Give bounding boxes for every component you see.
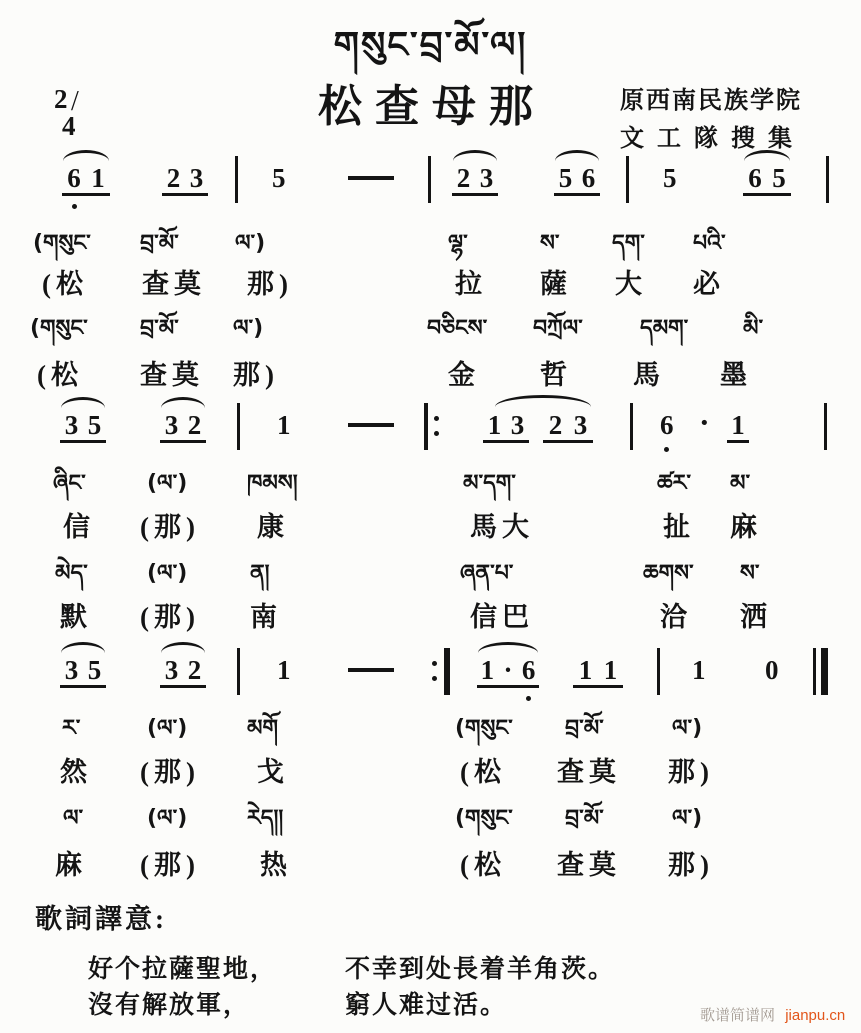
song-title: 松查母那 [312, 70, 552, 134]
note-group: 65 [743, 163, 791, 197]
jianpu-digit: 2 [183, 655, 206, 685]
dash-line [348, 176, 394, 180]
music-line-1: 612352356565 [0, 163, 861, 225]
note-group: 23 [543, 410, 593, 444]
watermark-site-url: jianpu.cn [785, 1007, 845, 1024]
chinese-lyrics-row-1: (松查莫那)拉薩大必 [0, 262, 861, 302]
chinese-syllable: 薩 [540, 262, 572, 301]
repeat-end-barline [432, 648, 450, 695]
jianpu-digit: 5 [767, 163, 791, 193]
note: 5 [663, 163, 677, 197]
time-signature: 2 / 4 [54, 84, 100, 142]
dash-line [348, 423, 394, 427]
jianpu-digit: 6 [577, 163, 600, 193]
slur-arc [161, 642, 205, 653]
jianpu-digit: · [498, 655, 519, 685]
jianpu-digit: 2 [452, 163, 475, 193]
translation-line-3: 不幸到处長着羊角茨。 [345, 952, 615, 988]
jianpu-digit: 2 [543, 410, 568, 440]
chinese-syllable: 洽 [660, 595, 692, 634]
collector-credit: 原西南民族学院 文工隊搜集 [620, 80, 860, 153]
dash-line [348, 668, 394, 672]
jianpu-digit: 3 [185, 163, 208, 193]
jianpu-digit: 6 [743, 163, 767, 193]
barline [826, 156, 829, 203]
chinese-syllable: 麻 [730, 505, 762, 544]
augmentation-dot: · [699, 407, 710, 441]
chinese-syllable: 必 [693, 262, 725, 301]
barline [235, 156, 238, 203]
jianpu-digit: 3 [60, 410, 83, 440]
note-group: 56 [554, 163, 600, 197]
chinese-syllable: (松 [42, 262, 88, 301]
chinese-syllable: 洒 [740, 595, 772, 634]
chinese-syllable: (那) [140, 595, 200, 634]
note: 1 [277, 410, 291, 444]
chinese-syllable: 那) [668, 750, 714, 789]
note-group: 32 [160, 655, 206, 689]
translation-line-1: 好个拉薩聖地， [88, 952, 277, 988]
chinese-lyrics-row-2: (松查莫那)金哲馬墨 [0, 353, 861, 393]
final-barline [813, 648, 828, 695]
note-group: 1·6 [477, 655, 539, 689]
jianpu-digit: 3 [475, 163, 498, 193]
tibetan-lyrics-row-1: (གསུང་བྲ་མོ་ལ་)ལྷ་ས་དག་པའི་ [0, 218, 861, 258]
jianpu-digit: 1 [598, 655, 623, 685]
slur-arc [161, 397, 205, 408]
tibetan-lyrics-row-4: མེད་(ལ་)ན།ཞན་པ་ཆགས་ས་ [0, 548, 861, 588]
chinese-syllable: (松 [460, 843, 506, 882]
barline [657, 648, 660, 695]
note-group: 11 [573, 655, 623, 689]
translation-heading: 歌詞譯意: [35, 897, 167, 936]
chinese-syllable: (那) [140, 843, 200, 882]
chinese-syllable: 哲 [540, 353, 572, 392]
note: 6 [660, 410, 674, 444]
repeat-start-barline [424, 403, 440, 450]
jianpu-digit: 3 [60, 655, 83, 685]
jianpu-digit: 3 [160, 655, 183, 685]
credit-line-2: 文工隊搜集 [620, 118, 860, 153]
jianpu-digit: 5 [83, 410, 106, 440]
chinese-syllable: 查莫 [142, 262, 206, 301]
note-group: 61 [62, 163, 110, 197]
chinese-syllable: 戈 [257, 750, 289, 789]
translation-line-4: 窮人难过活。 [345, 988, 615, 1024]
tibetan-lyrics-row-3: ཞིང་(ལ་)ཁམས།མ་དག་ཚར་མ་ [0, 458, 861, 498]
chinese-syllable: (那) [140, 750, 200, 789]
slur-arc [63, 150, 109, 161]
barline [626, 156, 629, 203]
jianpu-digit: 6 [62, 163, 86, 193]
jianpu-digit: 2 [183, 410, 206, 440]
chinese-syllable: 查莫 [557, 843, 621, 882]
chinese-lyrics-row-3: 信(那)康馬大扯麻 [0, 505, 861, 545]
translation-line-2: 沒有解放軍， [88, 988, 277, 1024]
chinese-syllable: 麻 [55, 843, 87, 882]
chinese-syllable: 康 [257, 505, 289, 544]
chinese-syllable: 那) [668, 843, 714, 882]
slur-arc [61, 397, 105, 408]
barline [824, 403, 827, 450]
chinese-syllable: 那) [233, 353, 279, 392]
chinese-syllable: 查莫 [557, 750, 621, 789]
note-group: 23 [162, 163, 208, 197]
note-group: 23 [452, 163, 498, 197]
chinese-syllable: 然 [60, 750, 92, 789]
tibetan-lyrics-row-5: ར་(ལ་)མགོ(གསུང་བྲ་མོ་ལ་) [0, 703, 861, 743]
slur-arc [61, 642, 105, 653]
watermark: 歌谱简谱网 jianpu.cn [700, 1004, 845, 1025]
chinese-syllable: (松 [460, 750, 506, 789]
chinese-syllable: (那) [140, 505, 200, 544]
barline [630, 403, 633, 450]
chinese-lyrics-row-6: 麻(那)热(松查莫那) [0, 843, 861, 883]
slur-arc [495, 395, 591, 407]
translation-column-2: 不幸到处長着羊角茨。 窮人难过活。 [345, 952, 615, 1024]
translation-column-1: 好个拉薩聖地， 沒有解放軍， [88, 952, 277, 1024]
sheet-music-page: གསུང་བྲ་མོ་ལ། 2 / 4 松查母那 原西南民族学院 文工隊搜集 6… [0, 0, 861, 1033]
jianpu-digit: 3 [568, 410, 593, 440]
tibetan-lyrics-row-6: ལ་(ལ་)རེད།།(གསུང་བྲ་མོ་ལ་) [0, 793, 861, 833]
chinese-syllable: 查莫 [140, 353, 204, 392]
jianpu-digit: 1 [727, 410, 749, 440]
chinese-syllable: 拉 [455, 262, 487, 301]
chinese-syllable: 馬大 [470, 505, 534, 544]
note-group: 35 [60, 655, 106, 689]
chinese-syllable: 信 [63, 505, 95, 544]
chinese-lyrics-row-4: 默(那)南信巴洽洒 [0, 595, 861, 635]
slur-arc [453, 150, 497, 161]
jianpu-digit: 1 [573, 655, 598, 685]
note: 5 [272, 163, 286, 197]
chinese-syllable: (松 [37, 353, 83, 392]
jianpu-digit: 1 [483, 410, 506, 440]
jianpu-digit: 3 [506, 410, 529, 440]
time-signature-denominator: 4 [62, 111, 76, 142]
note: 1 [277, 655, 291, 689]
chinese-syllable: 馬 [633, 353, 665, 392]
note-group: 35 [60, 410, 106, 444]
credit-line-1: 原西南民族学院 [620, 80, 860, 115]
chinese-syllable: 那) [247, 262, 293, 301]
chinese-syllable: 金 [448, 353, 480, 392]
jianpu-digit: 5 [554, 163, 577, 193]
chinese-syllable: 热 [260, 843, 292, 882]
chinese-syllable: 南 [250, 595, 282, 634]
chinese-syllable: 扯 [663, 505, 695, 544]
note: 0 [765, 655, 779, 689]
jianpu-digit: 1 [477, 655, 498, 685]
chinese-syllable: 信巴 [470, 595, 534, 634]
barline [428, 156, 431, 203]
chinese-syllable: 墨 [720, 353, 752, 392]
note-group: 13 [483, 410, 529, 444]
jianpu-digit: 6 [518, 655, 539, 685]
jianpu-digit: 3 [160, 410, 183, 440]
chinese-syllable: 默 [60, 595, 92, 634]
slur-arc [555, 150, 599, 161]
barline [237, 648, 240, 695]
tibetan-lyrics-row-2: (གསུང་བྲ་མོ་ལ་)བཅིངས་བཀྲོལ་དམག་མི་ [0, 303, 861, 343]
chinese-lyrics-row-5: 然(那)戈(松查莫那) [0, 750, 861, 790]
jianpu-digit: 2 [162, 163, 185, 193]
chinese-syllable: 大 [615, 262, 647, 301]
jianpu-digit: 5 [83, 655, 106, 685]
note: 1 [692, 655, 706, 689]
note-group: 32 [160, 410, 206, 444]
note-group: 1 [727, 410, 749, 444]
slur-arc [478, 642, 538, 653]
barline [237, 403, 240, 450]
jianpu-digit: 1 [86, 163, 110, 193]
watermark-site-name: 歌谱简谱网 [700, 1007, 775, 1024]
